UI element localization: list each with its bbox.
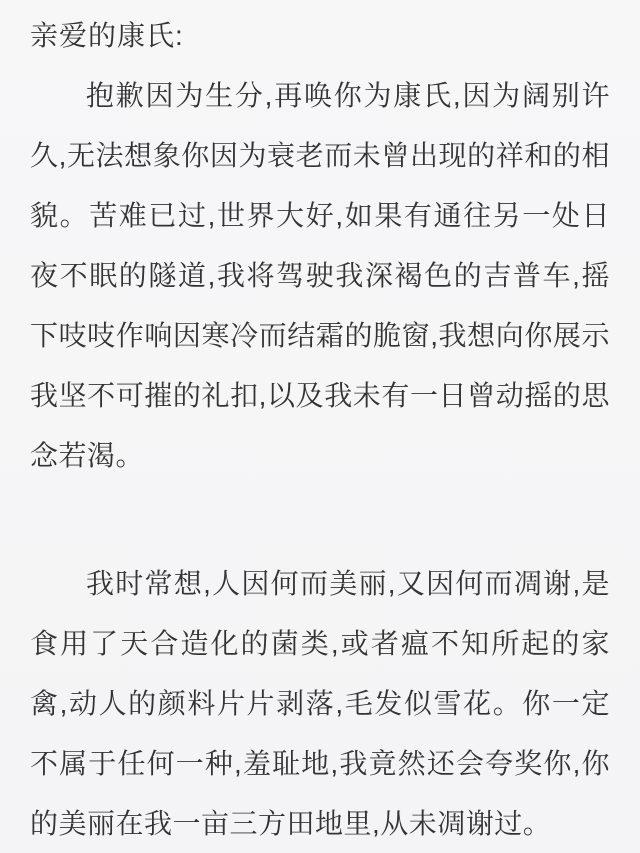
letter-document: 亲爱的康氏: 抱歉因为生分,再唤你为康氏,因为阔别许久,无法想象你因为衰老而未曾… bbox=[0, 0, 640, 853]
letter-salutation: 亲爱的康氏: bbox=[30, 6, 610, 66]
letter-paragraph-1: 抱歉因为生分,再唤你为康氏,因为阔别许久,无法想象你因为衰老而未曾出现的祥和的相… bbox=[30, 66, 610, 486]
letter-paragraph-2: 我时常想,人因何而美丽,又因何而凋谢,是食用了天合造化的菌类,或者瘟不知所起的家… bbox=[30, 554, 610, 853]
